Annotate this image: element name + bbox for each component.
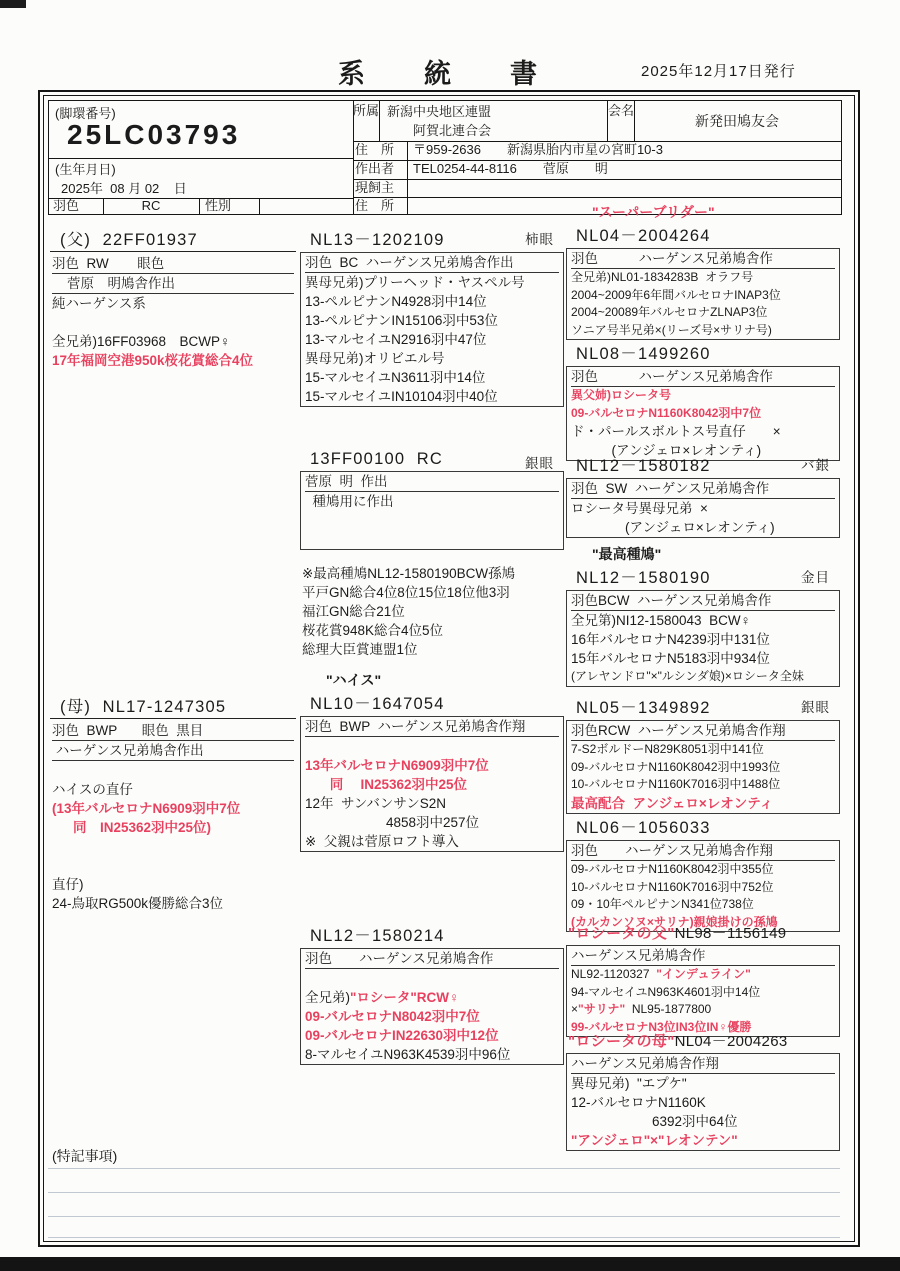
pedigree-line: 13-ペルピナンIN15106羽中53位	[305, 311, 559, 330]
pedigree-line	[305, 737, 559, 756]
header-table: (脚環番号) 25LC03793 (生年月日) 2025年 08 月 02 日 …	[48, 100, 842, 215]
pedigree-line: 13年バルセロナN6909羽中7位	[305, 756, 559, 775]
nickname-label: "最高種鳩"	[566, 544, 840, 564]
ring-id: NL12－1580190	[576, 569, 711, 587]
pedigree-line	[52, 761, 294, 780]
pedigree-line: 13-ペルピナンN4928羽中14位	[305, 292, 559, 311]
father-node: (父) 22FF01937 羽色 RW 眼色 菅原 明鳩舎作出純ハーゲンス系 全…	[50, 226, 296, 370]
pedigree-line: (アレヤンドロ"×"ルシンダ娘)×ロシータ全妹	[571, 668, 835, 686]
feather-color-label: 羽色	[53, 198, 104, 214]
ggparent5-title: NL05－1349892銀眼	[566, 694, 840, 718]
pedigree-line	[52, 837, 294, 856]
ggparent1-lines: 羽色 ハーゲンス兄弟鳩舎作全兄弟)NL01-1834283B オラフ号2004~…	[566, 248, 840, 340]
ggparent8-lines: ハーゲンス兄弟鳩舎作翔異母兄弟) "エプケ"12-バルセロナN1160K 639…	[566, 1053, 840, 1151]
pedigree-line: 種鳩用に作出	[305, 492, 559, 511]
ggparent1-node: "スーパーブリダー" NL04－2004264 羽色 ハーゲンス兄弟鳩舎作全兄弟…	[566, 202, 840, 340]
ring-id: NL13－1202109	[310, 231, 445, 249]
pedigree-line: 羽色 ハーゲンス兄弟鳩舎作	[305, 949, 559, 969]
pedigree-line-segment: "インデュライン"	[656, 967, 751, 981]
pedigree-line-segment: "ロシータ"RCW♀	[350, 990, 459, 1005]
maternal-grandfather-title: NL10－1647054	[300, 690, 564, 714]
eye-color: バ銀	[801, 454, 830, 474]
pedigree-line: 同 IN25362羽中25位)	[52, 818, 294, 837]
pedigree-line: ※ 父親は菅原ロフト導入	[305, 832, 559, 851]
ring-id: NL12－1580182	[576, 457, 711, 475]
pedigree-line: 菅原 明鳩舎作出	[52, 274, 294, 294]
ggparent1-title: NL04－2004264	[566, 222, 840, 246]
ggparent7-lines: ハーゲンス兄弟鳩舎作NL92-1120327 "インデュライン"94-マルセイユ…	[566, 945, 840, 1037]
pedigree-line: 総理大臣賞連盟1位	[302, 640, 562, 659]
pedigree-line: 4858羽中257位	[305, 813, 559, 832]
pedigree-line: "アンジェロ"×"レオンテン"	[571, 1131, 835, 1150]
page-root: 系 統 書 2025年12月17日発行 (脚環番号) 25LC03793 (生年…	[0, 0, 900, 1271]
pedigree-line: 最高配合 アンジェロ×レオンティ	[571, 794, 835, 813]
club-name-label: 会名	[607, 101, 635, 141]
paternal-grandmother-title: 13FF00100 RC銀眼	[300, 450, 564, 469]
title-segment: "ロシータの母"	[568, 1033, 675, 1050]
mother-title: (母) NL17-1247305	[50, 693, 296, 719]
address-value: 〒959-2636 新潟県胎内市星の宮町10-3	[413, 141, 663, 159]
pedigree-line: 09-バルセロナN1160K8042羽中7位	[571, 405, 835, 423]
ggparent4-lines: 羽色BCW ハーゲンス兄弟鳩舎作全兄第)NI12-1580043 BCW♀16年…	[566, 590, 840, 687]
pedigree-line: (アンジェロ×レオンティ)	[571, 518, 835, 537]
eye-color: 銀眼	[801, 696, 830, 716]
ring-id: 13FF00100 RC	[310, 450, 443, 468]
pedigree-line: 10-バルセロナN1160K7016羽中1488位	[571, 776, 835, 794]
header-right: 所属 新潟中央地区連盟 阿賀北連合会 会名 新発田鳩友会 住 所 〒959-26…	[353, 101, 841, 214]
pedigree-line: 09-バルセロナN1160K8042羽中355位	[571, 861, 835, 879]
affiliation-value: 新潟中央地区連盟 阿賀北連合会	[387, 102, 491, 140]
birth-date-value: 2025年 08 月 02 日	[61, 178, 187, 197]
pedigree-line: 羽色 BC ハーゲンス兄弟鳩舎作出	[305, 253, 559, 273]
ggparent6-lines: 羽色 ハーゲンス兄弟鳩舎作翔09-バルセロナN1160K8042羽中355位10…	[566, 840, 840, 932]
pedigree-line: 全兄弟)NL01-1834283B オラフ号	[571, 269, 835, 287]
address-row: 住 所 〒959-2636 新潟県胎内市星の宮町10-3	[353, 141, 841, 161]
pedigree-line: 桜花賞948K総合4位5位	[302, 621, 562, 640]
feather-sex-row: 羽色 RC 性別	[49, 198, 353, 214]
ring-number: 25LC03793	[67, 119, 240, 151]
father-title: (父) 22FF01937	[50, 226, 296, 252]
title-segment: "ロシータの父"	[568, 925, 675, 942]
pedigree-line: 09-バルセロナN1160K8042羽中1993位	[571, 759, 835, 777]
breeder-value: TEL0254-44-8116 菅原 明	[413, 160, 608, 178]
pedigree-line: 09-バルセロナN8042羽中7位	[305, 1007, 559, 1026]
pedigree-line: 24-鳥取RG500k優勝総合3位	[52, 894, 294, 913]
pedigree-line: 全兄弟)16FF03968 BCWP♀	[52, 332, 294, 351]
scan-artifact-bottom-bar	[0, 1257, 900, 1271]
pedigree-line: 羽色 BWP 眼色 黒目	[52, 721, 294, 741]
pedigree-line: ハーゲンス兄弟鳩舎作出	[52, 741, 294, 761]
pedigree-line: 16年バルセロナN4239羽中131位	[571, 630, 835, 649]
eye-color: 柿眼	[525, 228, 554, 248]
pedigree-line: 15-マルセイユIN10104羽中40位	[305, 387, 559, 406]
mother-lines: 羽色 BWP 眼色 黒目 ハーゲンス兄弟鳩舎作出 ハイスの直仔(13年バルセロナ…	[50, 721, 296, 913]
pedigree-line: ド・パールスボルトス号直仔 ×	[571, 422, 835, 441]
maternal-grandmother-node: NL12－1580214 羽色 ハーゲンス兄弟鳩舎作 全兄弟)"ロシータ"RCW…	[300, 922, 564, 1065]
sex-label: 性別	[201, 198, 260, 214]
pedigree-line: 羽色 ハーゲンス兄弟鳩舎作	[571, 249, 835, 269]
pedigree-line-segment: 全兄弟)	[305, 990, 350, 1005]
pedigree-line: 12年 サンバンサンS2N	[305, 794, 559, 813]
notes-ruled-line	[48, 1216, 840, 1217]
mother-node: (母) NL17-1247305 羽色 BWP 眼色 黒目 ハーゲンス兄弟鳩舎作…	[50, 693, 296, 913]
pedigree-line: 全兄弟)"ロシータ"RCW♀	[305, 988, 559, 1007]
affiliation-label: 所属	[353, 101, 380, 141]
pedigree-line	[52, 313, 294, 332]
pedigree-line: 15年バルセロナN5183羽中934位	[571, 649, 835, 668]
pedigree-line-segment: "サリナ"	[578, 1002, 625, 1016]
current-keeper-label: 現飼主	[355, 179, 408, 197]
pedigree-line	[305, 511, 559, 530]
pedigree-line: 羽色RCW ハーゲンス兄弟鳩舎作翔	[571, 721, 835, 741]
document-title: 系 統 書	[338, 52, 553, 91]
pedigree-line: ×"サリナ" NL95-1877800	[571, 1001, 835, 1019]
current-keeper-row: 現飼主	[353, 179, 841, 198]
pedigree-line: 09・10年ペルピナンN341位738位	[571, 896, 835, 914]
pedigree-line: ハーゲンス兄弟鳩舎作翔	[571, 1054, 835, 1074]
pedigree-line: 2004~20089年バルセロナZLNAP3位	[571, 304, 835, 322]
ggparent5-node: NL05－1349892銀眼 羽色RCW ハーゲンス兄弟鳩舎作翔7-S2ボルドー…	[566, 694, 840, 814]
scan-artifact-corner	[0, 0, 26, 8]
pedigree-line: 全兄第)NI12-1580043 BCW♀	[571, 611, 835, 630]
paternal-grandfather-lines: 羽色 BC ハーゲンス兄弟鳩舎作出異母兄弟)プリーヘッド・ヤスペル号13-ペルピ…	[300, 252, 564, 407]
pedigree-line: ソニア号半兄弟×(リーズ号×サリナ号)	[571, 322, 835, 340]
maternal-grandmother-lines: 羽色 ハーゲンス兄弟鳩舎作 全兄弟)"ロシータ"RCW♀09-バルセロナN804…	[300, 948, 564, 1065]
middle-notes: ※最高種鳩NL12-1580190BCW孫鳩平戸GN総合4位8位15位18位他3…	[300, 562, 564, 659]
pedigree-line: 異父姉)ロシータ号	[571, 387, 835, 405]
pedigree-line: 菅原 明 作出	[305, 472, 559, 492]
father-lines: 羽色 RW 眼色 菅原 明鳩舎作出純ハーゲンス系 全兄弟)16FF03968 B…	[50, 254, 296, 370]
pedigree-line	[305, 530, 559, 549]
ggparent2-node: NL08－1499260 羽色 ハーゲンス兄弟鳩舎作異父姉)ロシータ号09-バル…	[566, 340, 840, 461]
ggparent7-title: "ロシータの父"NL98－1156149	[566, 922, 840, 943]
pedigree-line: 羽色BCW ハーゲンス兄弟鳩舎作	[571, 591, 835, 611]
ggparent3-title: NL12－1580182バ銀	[566, 452, 840, 476]
middle-notes-lines: ※最高種鳩NL12-1580190BCW孫鳩平戸GN総合4位8位15位18位他3…	[300, 564, 564, 659]
club-name-value: 新発田鳩友会	[633, 101, 841, 141]
nickname-label: "スーパーブリダー"	[566, 202, 840, 222]
pedigree-line: 09-バルセロナIN22630羽中12位	[305, 1026, 559, 1045]
pedigree-line: (13年バルセロナN6909羽中7位	[52, 799, 294, 818]
pedigree-line: 2004~2009年6年間バルセロナINAP3位	[571, 287, 835, 305]
pedigree-line-segment: ×	[571, 1002, 578, 1016]
header-left: (脚環番号) 25LC03793 (生年月日) 2025年 08 月 02 日 …	[49, 101, 354, 214]
paternal-grandfather-node: NL13－1202109柿眼 羽色 BC ハーゲンス兄弟鳩舎作出異母兄弟)プリー…	[300, 226, 564, 407]
pedigree-line: ハイスの直仔	[52, 780, 294, 799]
ggparent8-node: "ロシータの母"NL04－2004263 ハーゲンス兄弟鳩舎作翔異母兄弟) "エ…	[566, 1030, 840, 1151]
ggparent3-node: NL12－1580182バ銀 羽色 SW ハーゲンス兄弟鳩舎作ロシータ号異母兄弟…	[566, 452, 840, 538]
paternal-grandmother-node: 13FF00100 RC銀眼 菅原 明 作出 種鳩用に作出	[300, 450, 564, 550]
ggparent5-lines: 羽色RCW ハーゲンス兄弟鳩舎作翔7-S2ボルドーN829K8051羽中141位…	[566, 720, 840, 814]
title-segment: NL04－2004263	[675, 1033, 788, 1050]
pedigree-line: 羽色 RW 眼色	[52, 254, 294, 274]
ggparent2-title: NL08－1499260	[566, 340, 840, 364]
pedigree-line: 12-バルセロナN1160K	[571, 1093, 835, 1112]
pedigree-line	[52, 856, 294, 875]
breeder-row: 作出者 TEL0254-44-8116 菅原 明	[353, 160, 841, 180]
ggparent6-node: NL06－1056033 羽色 ハーゲンス兄弟鳩舎作翔09-バルセロナN1160…	[566, 814, 840, 932]
pedigree-line: 8-マルセイユN963K4539羽中96位	[305, 1045, 559, 1064]
ggparent6-title: NL06－1056033	[566, 814, 840, 838]
eye-color: 銀眼	[525, 452, 554, 472]
pedigree-line: 94-マルセイユN963K4601羽中14位	[571, 984, 835, 1002]
pedigree-line: ロシータ号異母兄弟 ×	[571, 499, 835, 518]
nickname-label: "ハイス"	[300, 670, 564, 690]
paternal-grandmother-lines: 菅原 明 作出 種鳩用に作出	[300, 471, 564, 550]
pedigree-line: 異母兄弟) "エプケ"	[571, 1074, 835, 1093]
affiliation-row: 所属 新潟中央地区連盟 阿賀北連合会 会名 新発田鳩友会	[353, 101, 841, 142]
pedigree-line: 13-マルセイユN2916羽中47位	[305, 330, 559, 349]
ggparent4-node: "最高種鳩" NL12－1580190金目 羽色BCW ハーゲンス兄弟鳩舎作全兄…	[566, 544, 840, 687]
pedigree-line: 同 IN25362羽中25位	[305, 775, 559, 794]
ggparent8-title: "ロシータの母"NL04－2004263	[566, 1030, 840, 1051]
pedigree-line: 異母兄弟)オリビエル号	[305, 349, 559, 368]
keeper-address-label: 住 所	[355, 197, 408, 214]
pedigree-line: 異母兄弟)プリーヘッド・ヤスペル号	[305, 273, 559, 292]
pedigree-line: 15-マルセイユN3611羽中14位	[305, 368, 559, 387]
pedigree-line: 10-バルセロナN1160K7016羽中752位	[571, 879, 835, 897]
maternal-grandmother-title: NL12－1580214	[300, 922, 564, 946]
pedigree-line: 純ハーゲンス系	[52, 294, 294, 313]
ggparent4-title: NL12－1580190金目	[566, 564, 840, 588]
pedigree-line: 6392羽中64位	[571, 1112, 835, 1131]
title-segment: NL98－1156149	[675, 925, 787, 942]
special-notes-label: (特記事項)	[52, 1146, 117, 1166]
pedigree-line-segment: NL92-1120327	[571, 967, 656, 981]
ring-number-cell: (脚環番号) 25LC03793	[49, 101, 353, 159]
pedigree-line: 7-S2ボルドーN829K8051羽中141位	[571, 741, 835, 759]
pedigree-line	[305, 969, 559, 988]
birth-date-cell: (生年月日) 2025年 08 月 02 日	[49, 158, 353, 199]
pedigree-line: 羽色 BWP ハーゲンス兄弟鳩舎作翔	[305, 717, 559, 737]
issue-date: 2025年12月17日発行	[641, 60, 796, 81]
ggparent3-lines: 羽色 SW ハーゲンス兄弟鳩舎作ロシータ号異母兄弟 × (アンジェロ×レオンティ…	[566, 478, 840, 538]
ring-id: NL05－1349892	[576, 699, 711, 717]
ggparent7-node: "ロシータの父"NL98－1156149 ハーゲンス兄弟鳩舎作NL92-1120…	[566, 922, 840, 1037]
pedigree-line: 平戸GN総合4位8位15位18位他3羽	[302, 583, 562, 602]
pedigree-line: 羽色 ハーゲンス兄弟鳩舎作	[571, 367, 835, 387]
breeder-label: 作出者	[355, 160, 408, 179]
notes-ruled-line	[48, 1192, 840, 1193]
pedigree-line: 直仔)	[52, 875, 294, 894]
notes-ruled-line	[48, 1237, 840, 1238]
pedigree-line: 羽色 ハーゲンス兄弟鳩舎作翔	[571, 841, 835, 861]
notes-ruled-line	[48, 1168, 840, 1169]
pedigree-line-segment: NL95-1877800	[625, 1002, 711, 1016]
pedigree-line: 福江GN総合21位	[302, 602, 562, 621]
ggparent2-lines: 羽色 ハーゲンス兄弟鳩舎作異父姉)ロシータ号09-バルセロナN1160K8042…	[566, 366, 840, 461]
pedigree-line: ハーゲンス兄弟鳩舎作	[571, 946, 835, 966]
feather-color-value: RC	[103, 198, 200, 214]
address-label: 住 所	[355, 141, 408, 160]
pedigree-line: ※最高種鳩NL12-1580190BCW孫鳩	[302, 564, 562, 583]
birth-date-label: (生年月日)	[55, 159, 116, 178]
maternal-grandfather-node: "ハイス" NL10－1647054 羽色 BWP ハーゲンス兄弟鳩舎作翔 13…	[300, 670, 564, 852]
pedigree-line: NL92-1120327 "インデュライン"	[571, 966, 835, 984]
eye-color: 金目	[801, 566, 830, 586]
pedigree-line: 羽色 SW ハーゲンス兄弟鳩舎作	[571, 479, 835, 499]
maternal-grandfather-lines: 羽色 BWP ハーゲンス兄弟鳩舎作翔 13年バルセロナN6909羽中7位 同 I…	[300, 716, 564, 852]
pedigree-line: 17年福岡空港950k桜花賞総合4位	[52, 351, 294, 370]
paternal-grandfather-title: NL13－1202109柿眼	[300, 226, 564, 250]
